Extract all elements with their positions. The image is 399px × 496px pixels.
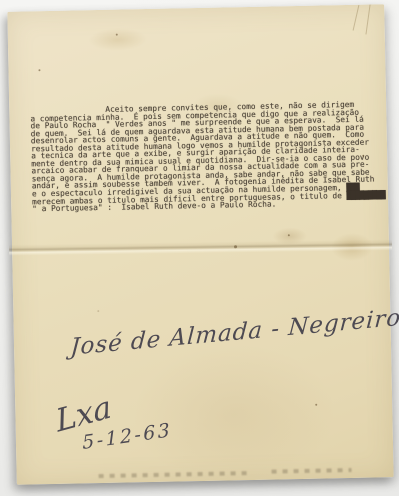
bleed-through-marks (99, 471, 249, 478)
corner-crease (353, 5, 360, 31)
typed-letter-body: Aceito sempre convites que, como este, n… (30, 100, 380, 213)
foxing-speck (97, 310, 99, 312)
scanner-background: Aceito sempre convites que, como este, n… (0, 0, 399, 496)
foxing-speck (288, 234, 290, 236)
bleed-through-marks (272, 468, 352, 474)
foxing-speck (116, 34, 118, 36)
fold-crease (9, 239, 392, 255)
foxing-speck (315, 404, 317, 406)
foxing-speck (234, 245, 237, 248)
foxing-speck (38, 69, 40, 71)
redacted-text: █████████ (346, 190, 385, 200)
foxing-speck (362, 155, 364, 157)
letter-paper: Aceito sempre convites que, como este, n… (7, 4, 393, 484)
signature-handwriting: José de Almada - Negreiros (70, 304, 399, 361)
corner-crease (365, 5, 370, 35)
